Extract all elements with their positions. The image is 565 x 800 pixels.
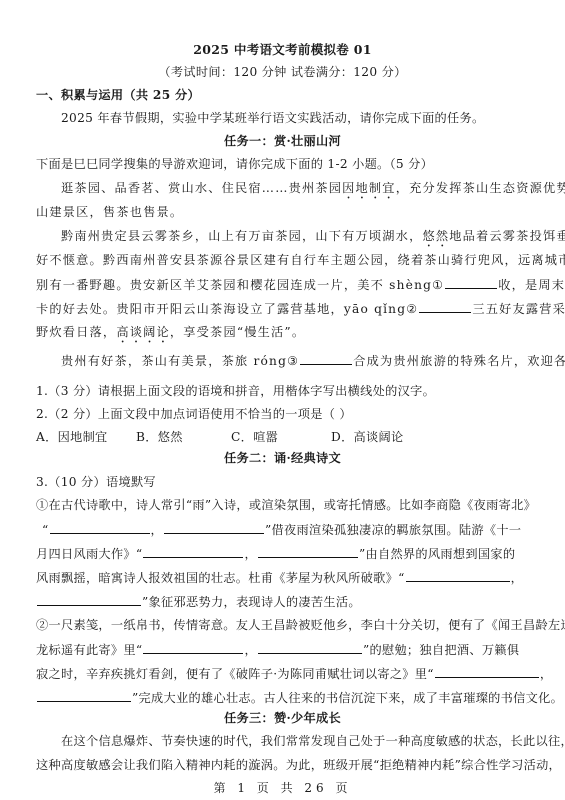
question-2: 2.（2 分）上面文段中加点词语使用不恰当的一项是（ ） bbox=[36, 406, 529, 422]
passage-text: ，享受茶园“慢生活”。 bbox=[170, 325, 305, 339]
poem-context-line: 龙标遥有此寄》里“，”的慰勉；独自把酒、万籁俱 bbox=[36, 641, 529, 658]
dotted-word: 悠然 bbox=[422, 229, 449, 243]
poem-blank[interactable] bbox=[406, 569, 510, 582]
poem-blank[interactable] bbox=[50, 521, 150, 534]
poem-context-line: 月四日风雨大作》“，”由自然界的风雨想到国家的 bbox=[36, 545, 529, 562]
option-a[interactable]: A．因地制宜 bbox=[36, 429, 136, 445]
poem-blank[interactable] bbox=[164, 521, 264, 534]
exam-info: （考试时间：120 分钟 试卷满分：120 分） bbox=[0, 64, 565, 80]
passage-text: 收，是周末摄影打 bbox=[498, 278, 565, 292]
poem-blank[interactable] bbox=[143, 641, 243, 654]
answer-blank-1[interactable] bbox=[445, 276, 497, 289]
passage-line: 山建景区，售茶也售景。 bbox=[36, 204, 529, 220]
question-1: 1.（3 分）请根据上面文段的语境和拼音，用楷体字写出横线处的汉字。 bbox=[36, 383, 529, 399]
comma: ， bbox=[540, 667, 553, 681]
poem-blank[interactable] bbox=[37, 689, 131, 702]
dotted-word: 因地制宜 bbox=[342, 181, 396, 195]
comma: ， bbox=[244, 547, 257, 561]
task3-paragraph-line: 在这个信息爆炸、节奏快速的时代，我们常常发现自己处于一种高度敏感的状态，长此以往… bbox=[36, 733, 529, 749]
option-c[interactable]: C．喧嚣 bbox=[231, 429, 331, 445]
poem-blank[interactable] bbox=[143, 545, 243, 558]
poem-blank[interactable] bbox=[435, 665, 539, 678]
poem-context-text: ”由自然界的风雨想到国家的 bbox=[359, 547, 515, 561]
poem-blank[interactable] bbox=[258, 545, 358, 558]
poem-context-line: ②一尺素笺，一纸帛书，传情寄意。友人王昌龄被贬他乡，李白十分关切，便有了《闻王昌… bbox=[36, 617, 529, 633]
poem-context-text: ”完成大业的雄心壮志。古人往来的书信沉淀下来，成了丰富璀璨的书信文化。 bbox=[132, 691, 563, 705]
comma: ， bbox=[151, 523, 164, 537]
poem-context-line: ①在古代诗歌中，诗人常引“雨”入诗，或渲染氛围，或寄托情感。比如李商隐《夜雨寄北… bbox=[36, 497, 529, 513]
passage-text: 逛茶园、品香茗、赏山水、住民宿……贵州茶园 bbox=[61, 181, 342, 195]
answer-blank-2[interactable] bbox=[419, 300, 471, 313]
task3-title: 任务三：赞·少年成长 bbox=[0, 710, 565, 726]
task1-instruction: 下面是巳巳同学搜集的导游欢迎词，请你完成下面的 1-2 小题。（5 分） bbox=[36, 156, 529, 172]
poem-blank[interactable] bbox=[37, 593, 141, 606]
poem-context-text: 风雨飘摇，暗寓诗人报效祖国的壮志。杜甫《茅屋为秋风所破歌》“ bbox=[36, 571, 405, 585]
quote-mark: “ bbox=[36, 523, 49, 537]
passage-text: 卡的好去处。贵阳市开阳云山茶海设立了露营基地，yāo qǐng② bbox=[36, 302, 418, 316]
question-2-options: A．因地制宜B．悠然C．喧嚣D．高谈阔论 bbox=[36, 429, 529, 445]
page-number: 第 1 页 共 26 页 bbox=[0, 780, 565, 796]
comma: ， bbox=[244, 643, 257, 657]
question-3: 3.（10 分）语境默写 bbox=[36, 474, 529, 490]
dotted-word: 高谈阔论 bbox=[116, 325, 170, 339]
exam-page: 2025 中考语文考前模拟卷 01 （考试时间：120 分钟 试卷满分：120 … bbox=[0, 0, 565, 800]
poem-context-line: ”完成大业的雄心壮志。古人往来的书信沉淀下来，成了丰富璀璨的书信文化。 bbox=[36, 689, 529, 706]
answer-blank-3[interactable] bbox=[300, 352, 352, 365]
passage-line: 好不惬意。黔西南州普安县茶源谷景区建有自行车主题公园，绕着茶山骑行兜风，远离城市… bbox=[36, 252, 529, 274]
passage-text: 合成为贵州旅游的特殊名片，欢迎各地游 bbox=[353, 354, 565, 368]
poem-context-line: “，”借夜雨渲染孤独凄凉的羁旅氛围。陆游《十一 bbox=[36, 521, 529, 538]
task1-title: 任务一：赏·壮丽山河 bbox=[0, 133, 565, 149]
passage-text: 三五好友露营采菌菇， bbox=[472, 302, 565, 316]
section-intro: 2025 年春节假期，实验中学某班举行语文实践活动，请你完成下面的任务。 bbox=[36, 110, 529, 126]
passage-line: 野炊看日落，高谈阔论，享受茶园“慢生活”。 bbox=[36, 324, 529, 346]
poem-context-text: 月四日风雨大作》“ bbox=[36, 547, 142, 561]
passage-text: 好不惬意。黔西南州普安县茶源谷景区建有自行车主题公园，绕着茶山骑行兜风，远离城市… bbox=[36, 253, 565, 267]
poem-context-line: 风雨飘摇，暗寓诗人报效祖国的壮志。杜甫《茅屋为秋风所破歌》“， bbox=[36, 569, 529, 586]
comma: ， bbox=[511, 571, 524, 585]
poem-context-text: 寂之时，辛弃疾挑灯看剑，便有了《破阵子·为陈同甫赋壮词以寄之》里“ bbox=[36, 667, 434, 681]
page-title: 2025 中考语文考前模拟卷 01 bbox=[0, 42, 565, 58]
poem-context-line: 寂之时，辛弃疾挑灯看剑，便有了《破阵子·为陈同甫赋壮词以寄之》里“， bbox=[36, 665, 529, 682]
passage-line: 卡的好去处。贵阳市开阳云山茶海设立了露营基地，yāo qǐng②三五好友露营采菌… bbox=[36, 300, 529, 317]
option-b[interactable]: B．悠然 bbox=[136, 429, 231, 445]
passage-text: 地品着云雾茶投饵垂钓， bbox=[449, 229, 565, 243]
passage-line: 逛茶园、品香茗、赏山水、住民宿……贵州茶园因地制宜，充分发挥茶山生态资源优势，茶 bbox=[36, 180, 529, 202]
poem-context-text: ”借夜雨渲染孤独凄凉的羁旅氛围。陆游《十一 bbox=[265, 523, 521, 537]
poem-context-line: ”象征邪恶势力，表现诗人的凄苦生活。 bbox=[36, 593, 529, 610]
passage-text: 野炊看日落， bbox=[36, 325, 116, 339]
passage-line: 贵州有好茶，茶山有美景，茶旅 róng③合成为贵州旅游的特殊名片，欢迎各地游 bbox=[36, 352, 529, 369]
passage-line: 别有一番野趣。贵安新区羊艾茶园和樱花园连成一片，美不 shèng①收，是周末摄影… bbox=[36, 276, 529, 293]
poem-blank[interactable] bbox=[258, 641, 362, 654]
passage-text: 黔南州贵定县云雾茶乡，山上有万亩茶园，山下有万顷湖水， bbox=[61, 229, 422, 243]
section-heading: 一、积累与运用（共 25 分） bbox=[36, 87, 529, 103]
poem-context-text: ”象征邪恶势力，表现诗人的凄苦生活。 bbox=[142, 595, 361, 609]
task3-paragraph-line: 这种高度敏感会让我们陷入精神内耗的漩涡。为此，班级开展“拒绝精神内耗”综合性学习… bbox=[36, 757, 529, 773]
poem-context-text: 龙标遥有此寄》里“ bbox=[36, 643, 142, 657]
task2-title: 任务二：诵·经典诗文 bbox=[0, 450, 565, 466]
passage-text: 别有一番野趣。贵安新区羊艾茶园和樱花园连成一片，美不 shèng① bbox=[36, 278, 444, 292]
passage-text: ，充分发挥茶山生态资源优势，茶 bbox=[396, 181, 565, 195]
poem-context-text: ”的慰勉；独自把酒、万籁俱 bbox=[363, 643, 519, 657]
option-d[interactable]: D．高谈阔论 bbox=[331, 429, 404, 445]
passage-line: 黔南州贵定县云雾茶乡，山上有万亩茶园，山下有万顷湖水，悠然地品着云雾茶投饵垂钓， bbox=[36, 228, 529, 250]
passage-text: 贵州有好茶，茶山有美景，茶旅 róng③ bbox=[61, 354, 299, 368]
